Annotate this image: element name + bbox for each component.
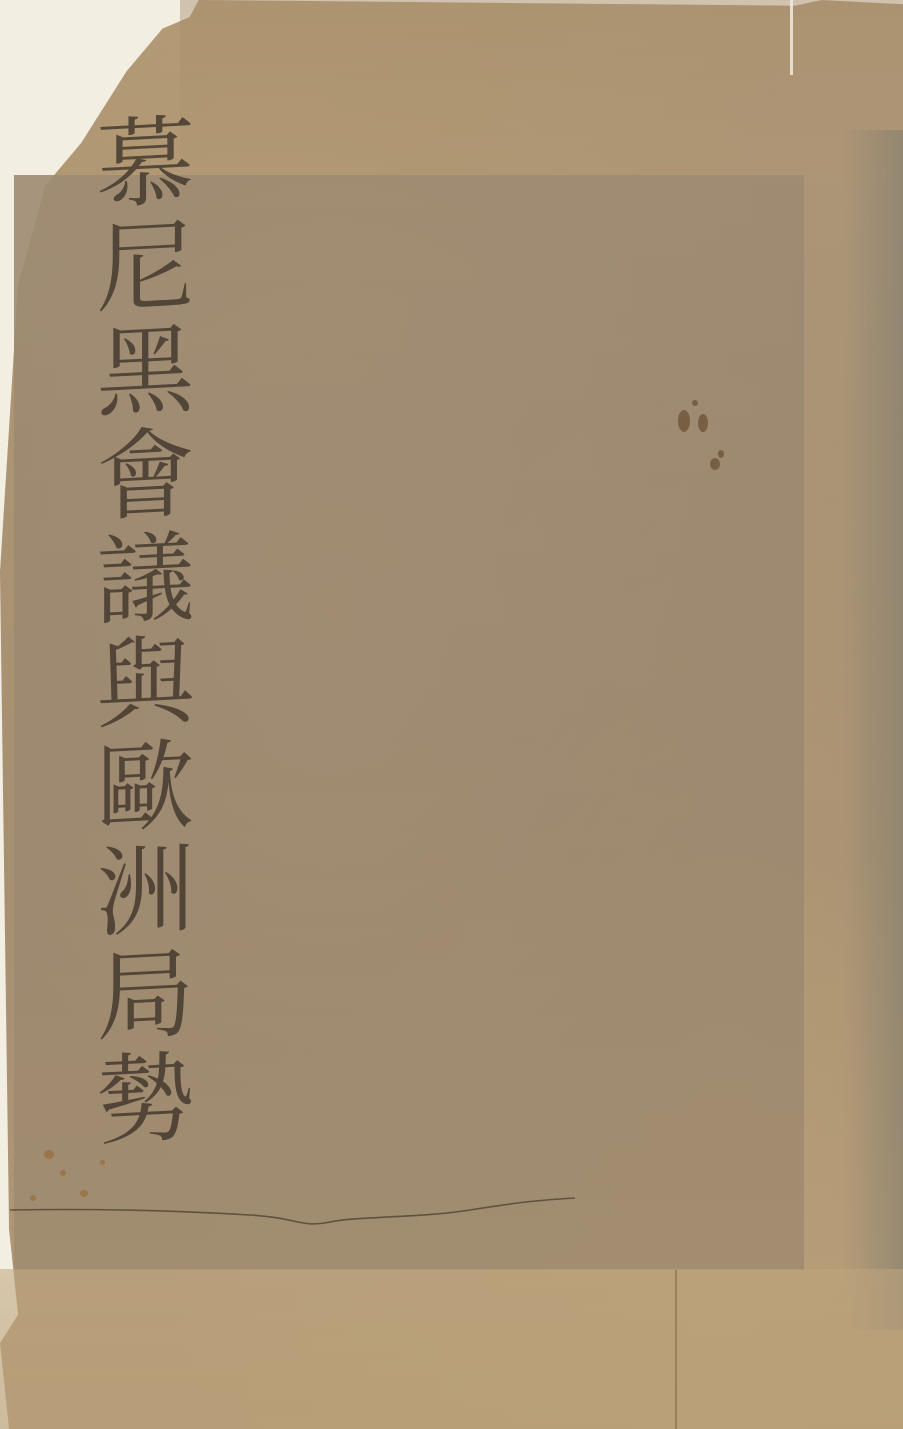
- right-edge-strip: [843, 130, 903, 1330]
- stamp-smudge: [670, 400, 740, 490]
- fold-line: [675, 1270, 677, 1429]
- top-paper-band: [180, 0, 903, 180]
- handwritten-title: 慕尼黑會議與歐洲局勢: [72, 109, 192, 1155]
- scanned-page: 慕尼黑會議與歐洲局勢: [0, 0, 903, 1429]
- top-tear: [790, 0, 793, 75]
- bottom-paper-band: [0, 1269, 903, 1429]
